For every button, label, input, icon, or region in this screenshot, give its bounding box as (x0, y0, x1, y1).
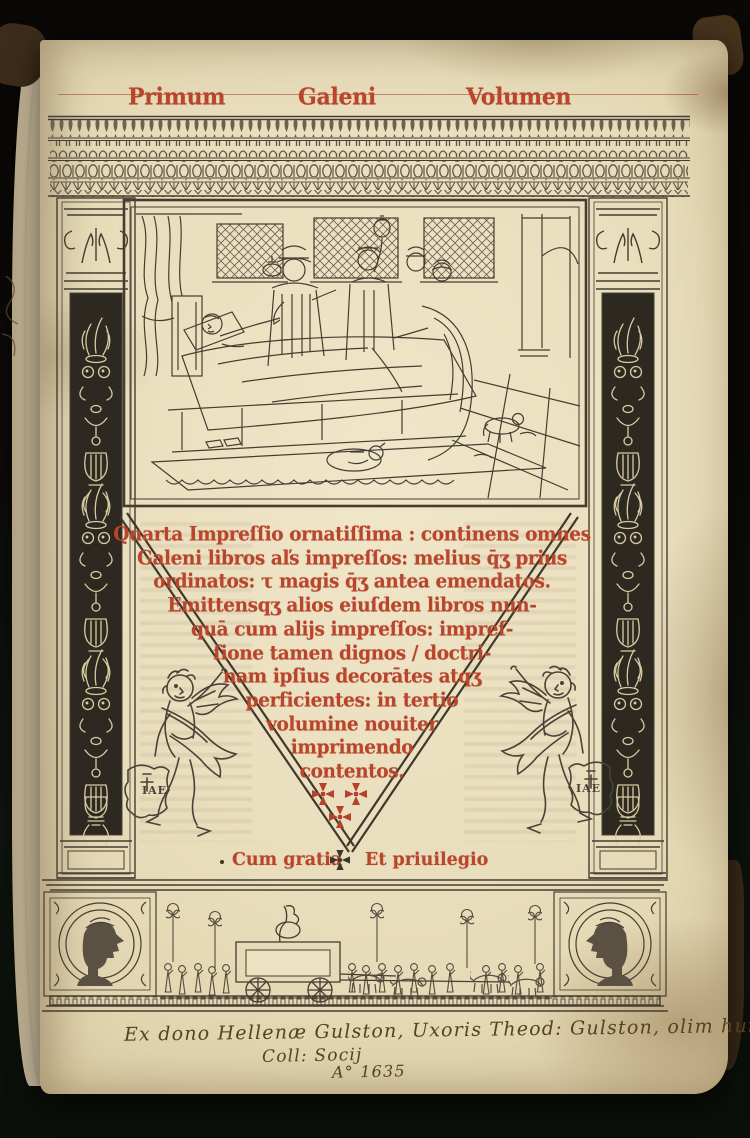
book-photograph: Primum Galeni Volumen (0, 0, 750, 1138)
red-cross-icon (312, 783, 334, 805)
woodcut-entablature (48, 115, 690, 197)
title-line: ordinatos: τ magis q̄ʒ antea emendatos. (153, 570, 550, 595)
apex-cross-icon (330, 850, 350, 870)
putto-right (470, 645, 620, 855)
title-line: quā cum alijs impreſſos: impreſ- (191, 617, 513, 642)
running-title-word-2: Galeni (298, 83, 376, 111)
title-line: imprimendo (291, 736, 413, 761)
imprint-right: Et priuilegio (365, 850, 488, 872)
procession-figures (160, 904, 552, 1003)
title-line: perficientes: in tertio (246, 688, 459, 713)
procession-frieze-woodcut (40, 878, 670, 1014)
imprint-dot (220, 860, 224, 864)
red-cross-icon (329, 806, 351, 828)
laureate-bust-left (77, 922, 124, 986)
printer-shield-monogram-right: IAE (576, 782, 601, 795)
running-title-word-1: Primum (128, 83, 225, 111)
printer-shield-monogram-left: IAE (142, 784, 167, 797)
flyleaf-pen-marks (0, 268, 28, 368)
sickbed-scene-woodcut (122, 198, 588, 508)
putto-left (118, 648, 268, 858)
red-cross-icon (345, 783, 367, 805)
running-title-word-3: Volumen (466, 83, 571, 111)
title-line: Galeni libros aľs impreſſos: melius q̄ʒ … (137, 546, 567, 571)
imprint-left: Cum gratia (232, 850, 342, 872)
ex-dono-inscription-line1: Ex dono Hellenæ Gulston, Uxoris Theod: G… (124, 1016, 664, 1046)
title-line: Quarta Impreſſio ornatiſſima : continens… (113, 522, 590, 547)
ex-dono-inscription-line3: A° 1635 (332, 1061, 406, 1082)
title-line: Emittensqʒ alios eiuſdem libros nun- (167, 594, 536, 619)
title-page: Primum Galeni Volumen (40, 40, 728, 1094)
title-line: volumine nouiter (266, 712, 438, 737)
title-line: contentos. (300, 759, 405, 784)
